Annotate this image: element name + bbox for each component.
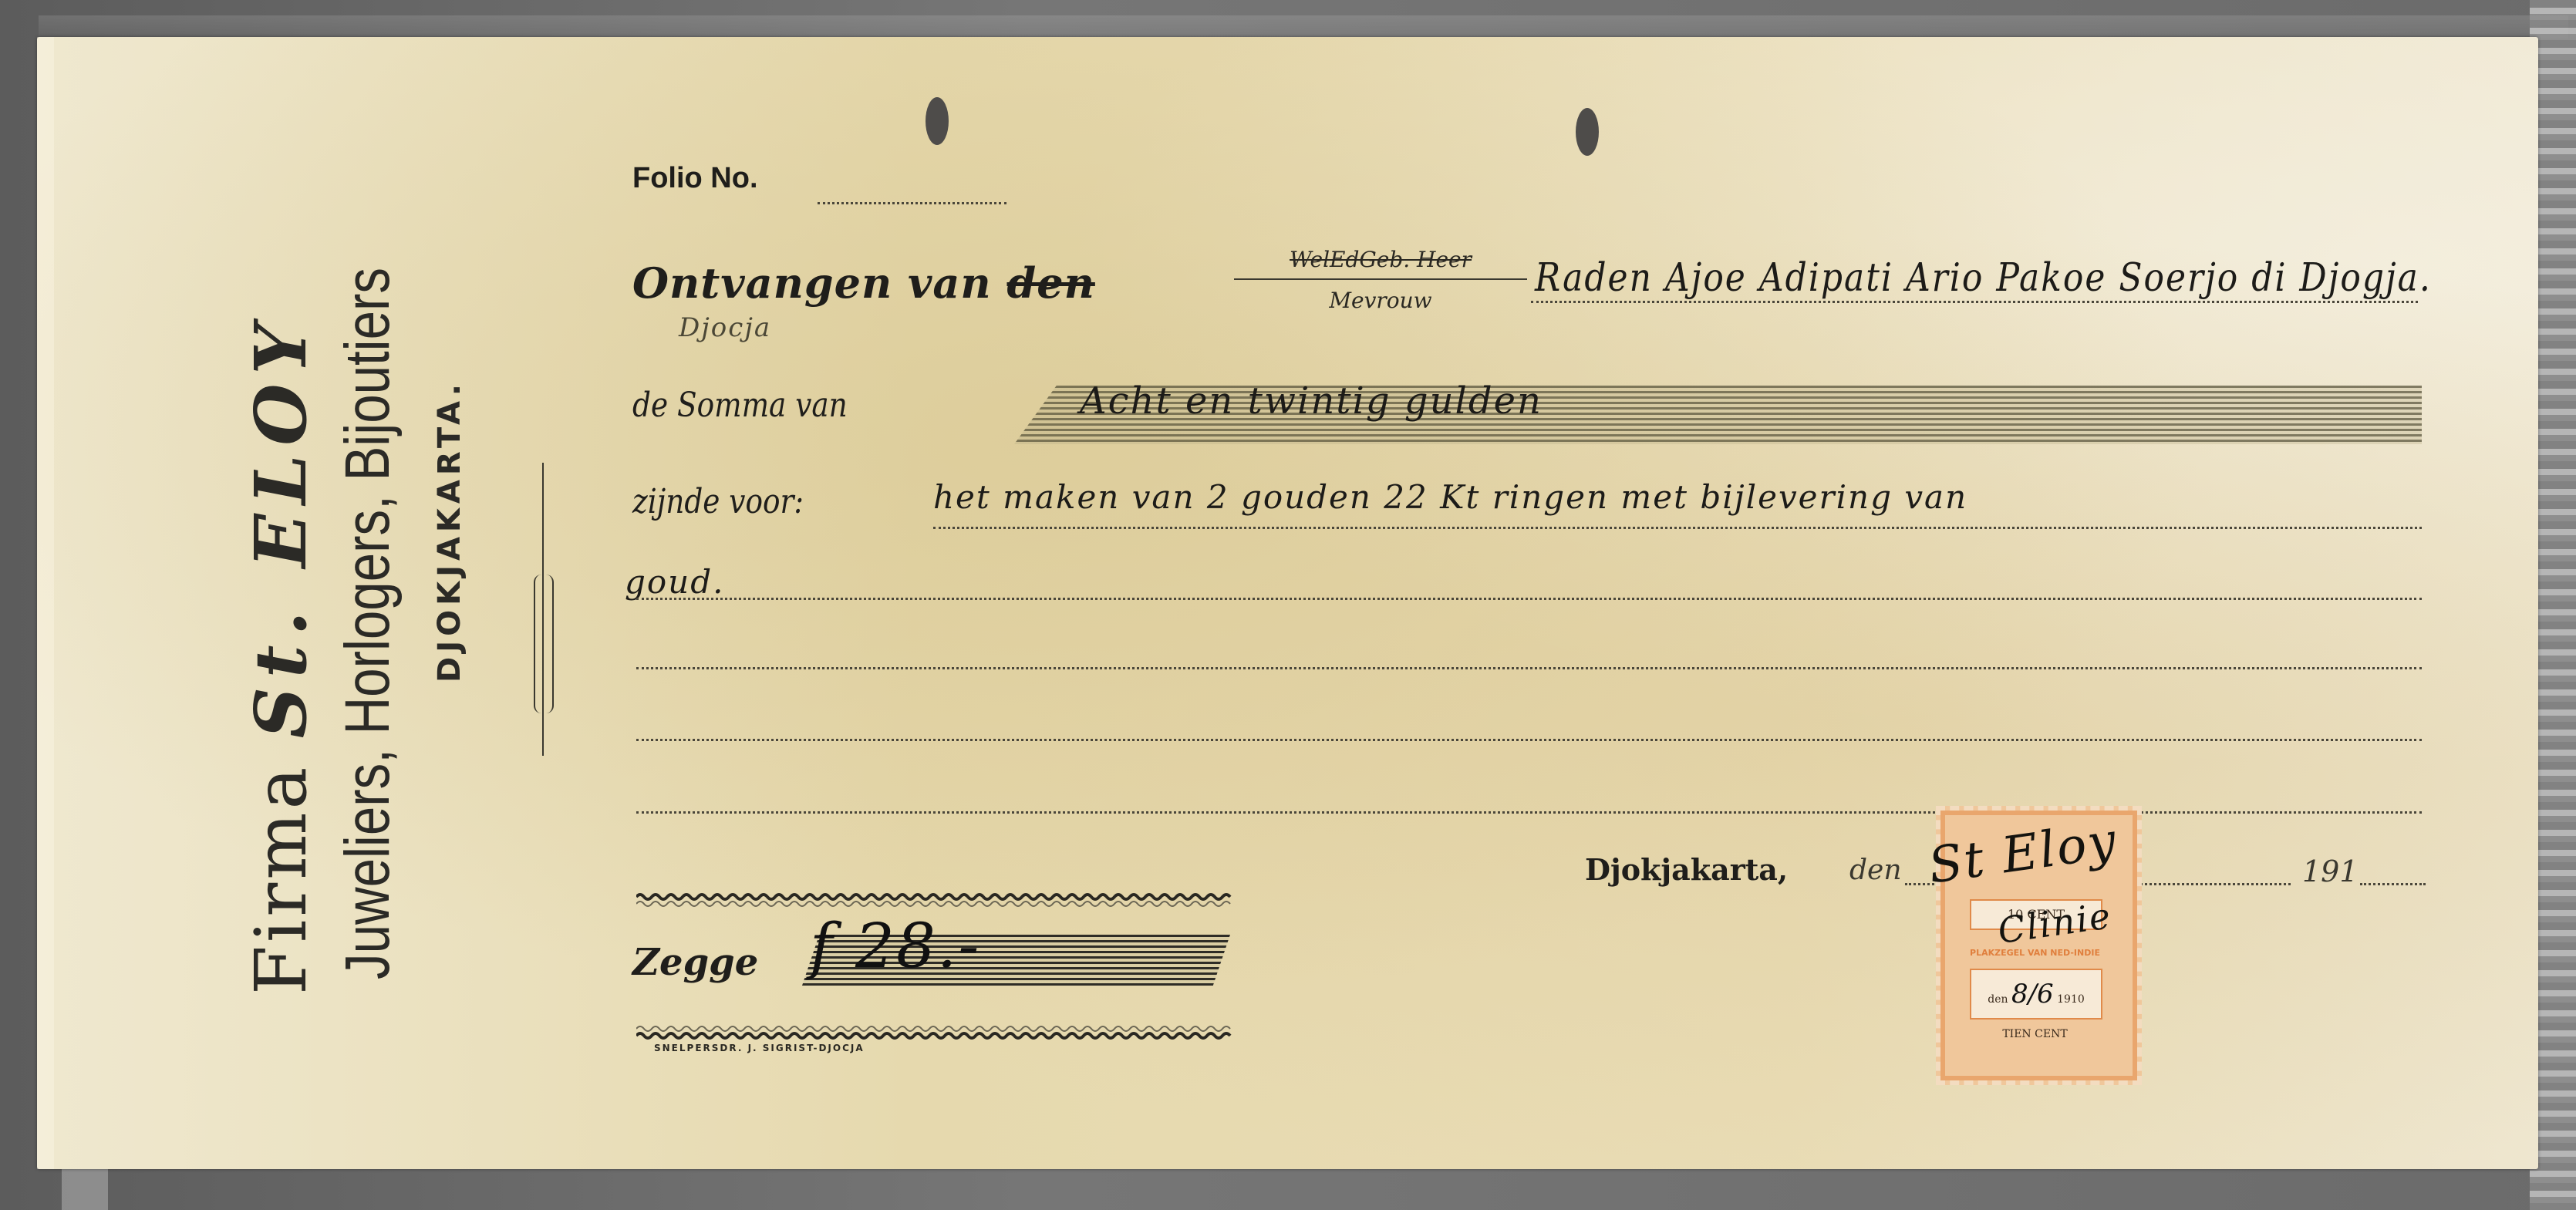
place-label: Djokjakarta, [1585, 852, 1788, 887]
honorific-top: WelEdGeb. Heer [1234, 247, 1527, 272]
plastic-sleeve-strip [62, 1168, 108, 1210]
stamp-issuer: PLAKZEGEL VAN NED-INDIE [1956, 948, 2114, 958]
wave-border-bottom-icon [636, 1024, 1234, 1041]
purpose-line-5[interactable] [636, 811, 2422, 814]
folio-label: Folio No. [632, 162, 758, 195]
payer-name-field[interactable]: Raden Ajoe Adipati Ario Pakoe Soerjo di … [1535, 255, 2432, 301]
purpose-line-4[interactable] [636, 739, 2422, 741]
firm-city: DJOKJAKARTA. [432, 379, 467, 683]
received-from-label: Ontvangen van den [632, 258, 1095, 308]
year-prefix: 191 [2302, 854, 2359, 888]
purpose-line-1-field[interactable]: het maken van 2 gouden 22 Kt ringen met … [933, 478, 1967, 516]
folio-field[interactable] [818, 202, 1006, 204]
purpose-line-2 [636, 598, 2422, 600]
stamp-date-handwritten: 8/6 [2011, 979, 2054, 1009]
payer-name-line [1531, 301, 2418, 303]
punch-hole-left-icon [926, 97, 949, 145]
punch-hole-right-icon [1576, 108, 1599, 156]
stamp-date-box: den 8/6 1910 [1970, 969, 2102, 1020]
struck-den-text: den [1006, 258, 1094, 308]
purpose-line-3[interactable] [636, 667, 2422, 669]
amount-words-field[interactable]: Acht en twintig gulden [1080, 379, 1543, 423]
total-amount-field[interactable]: f 28.- [810, 910, 980, 982]
purpose-line-1 [933, 527, 2422, 529]
date-den-label: den [1849, 854, 1902, 886]
wave-border-top-icon [636, 892, 1234, 909]
stamp-words: TIEN CENT [1956, 1028, 2114, 1040]
firm-trades: Juweliers, Horlogers, Bijoutiers [332, 268, 404, 979]
stamp-date-prefix: den [1988, 993, 2008, 1006]
printer-credit: SNELPERSDR. J. SIGRIST-DJOCJA [654, 1043, 865, 1053]
firm-title: Firma St. ELOY [239, 315, 322, 995]
firm-name: St. ELOY [239, 315, 322, 739]
honorific-stack: WelEdGeb. Heer Mevrouw [1234, 247, 1527, 313]
amount-words-label: de Somma van [632, 386, 848, 425]
payer-city-text: Djocja [679, 312, 771, 343]
firm-prefix: Firma [240, 764, 322, 995]
received-from-text: Ontvangen van [632, 258, 992, 308]
stamp-year: 1910 [2057, 993, 2085, 1006]
honorific-bottom: Mevrouw [1234, 288, 1527, 313]
ornament-icon [534, 575, 554, 713]
total-label: Zegge [632, 941, 758, 984]
paper-edge [37, 37, 54, 1169]
purpose-line-2-field[interactable]: goud. [625, 563, 724, 601]
purpose-label: zijnde voor: [632, 482, 804, 521]
year-field[interactable] [2360, 883, 2426, 885]
plastic-sleeve-top [39, 15, 2568, 39]
side-header: Firma St. ELOY Juweliers, Horlogers, Bij… [239, 147, 563, 995]
honorific-divider [1234, 278, 1527, 280]
